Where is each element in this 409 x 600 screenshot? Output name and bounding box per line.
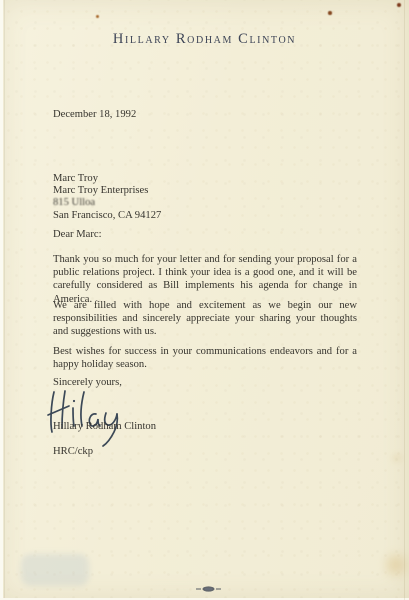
scan-edge-left (0, 0, 3, 600)
recipient-city: San Francisco, CA 94127 (53, 210, 161, 222)
hillary-signature-autograph-icon (46, 388, 138, 448)
small-stain (388, 450, 406, 466)
bottom-center-mark-icon (193, 585, 225, 593)
right-edge-stain (375, 544, 409, 586)
scan-edge-right (404, 0, 405, 600)
bottom-left-smudge (21, 554, 89, 586)
body-paragraph-3: Best wishes for success in your communic… (53, 345, 357, 371)
recipient-address-block: Marc Troy Marc Troy Enterprises 815 Ullo… (53, 173, 161, 222)
closing-line: Sincerely yours, (53, 377, 122, 388)
recipient-street: 815 Ulloa (53, 197, 161, 209)
body-paragraph-1: Thank you so much for your letter and fo… (53, 253, 357, 306)
letterhead-title: Hillary Rodham Clinton (0, 31, 409, 48)
salutation: Dear Marc: (53, 229, 102, 240)
date-line: December 18, 1992 (53, 109, 136, 120)
scanned-letter-page: Hillary Rodham Clinton December 18, 1992… (0, 0, 409, 600)
foxing-speck-icon (397, 3, 401, 7)
paper-crease (4, 0, 5, 600)
recipient-name: Marc Troy (53, 173, 161, 185)
recipient-company: Marc Troy Enterprises (53, 185, 161, 197)
foxing-speck-icon (96, 15, 99, 18)
typed-signature-name: Hillary Rodham Clinton (53, 421, 156, 432)
reference-initials: HRC/ckp (53, 446, 93, 457)
body-paragraph-2: We are filled with hope and excitement a… (53, 299, 357, 339)
foxing-speck-icon (328, 11, 332, 15)
